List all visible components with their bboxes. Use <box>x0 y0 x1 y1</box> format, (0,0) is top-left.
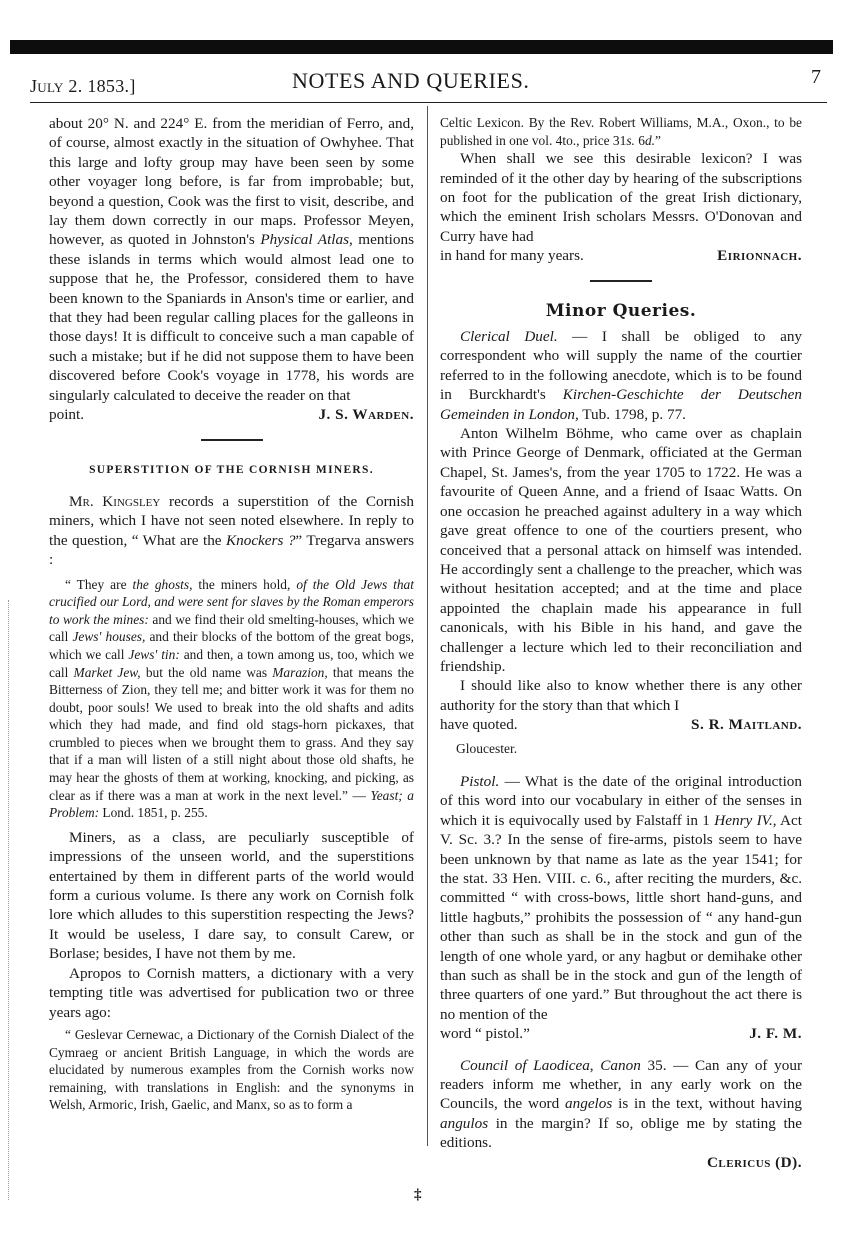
section-rule <box>201 439 263 441</box>
column-divider <box>427 106 428 1146</box>
author-signature: S. R. Maitland. <box>691 715 802 734</box>
article-paragraph: When shall we see this desirable lexicon… <box>440 149 802 246</box>
right-column: Celtic Lexicon. By the Rev. Robert Willi… <box>440 114 802 1172</box>
section-title-minor-queries: Minor Queries. <box>440 302 802 321</box>
author-signature: J. S. Warden. <box>318 405 414 424</box>
article-paragraph: Mr. Kingsley records a superstition of t… <box>49 492 414 570</box>
author-signature: J. F. M. <box>749 1024 802 1043</box>
article-paragraph: Apropos to Cornish matters, a dictionary… <box>49 964 414 1022</box>
page-header: July 2. 1853.] NOTES AND QUERIES. 7 <box>30 64 827 103</box>
query-paragraph: I should like also to know whether there… <box>440 676 802 715</box>
signature-mark: ‡ <box>414 1187 422 1204</box>
header-date: July 2. 1853.] <box>30 76 136 97</box>
query-paragraph: Council of Laodicea, Canon 35. — Can any… <box>440 1056 802 1153</box>
section-rule <box>590 280 652 282</box>
journal-title: NOTES AND QUERIES. <box>292 68 530 94</box>
block-quote-continued: Celtic Lexicon. By the Rev. Robert Willi… <box>440 114 802 149</box>
header-date-rest: 2. 1853.] <box>64 76 136 96</box>
signature-line: have quoted.S. R. Maitland. <box>440 715 802 734</box>
block-quote: “ Geslevar Cernewac, a Dictionary of the… <box>49 1026 414 1114</box>
left-column: about 20° N. and 224° E. from the meridi… <box>49 114 414 1114</box>
header-date-month: July <box>30 76 64 96</box>
signature-line: in hand for many years.Eirionnach. <box>440 246 802 265</box>
place-line: Gloucester. <box>440 739 802 758</box>
signature-line: point.J. S. Warden. <box>49 405 414 424</box>
author-signature: Clericus (D). <box>440 1153 802 1172</box>
article-paragraph: Miners, as a class, are peculiarly susce… <box>49 828 414 964</box>
signature-line: word “ pistol.”J. F. M. <box>440 1024 802 1043</box>
author-signature: Eirionnach. <box>717 246 802 265</box>
top-black-bar <box>10 40 833 54</box>
block-quote: “ They are the ghosts, the miners hold, … <box>49 576 414 822</box>
article-paragraph: about 20° N. and 224° E. from the meridi… <box>49 114 414 405</box>
page-number: 7 <box>811 66 821 89</box>
section-title: SUPERSTITION OF THE CORNISH MINERS. <box>49 461 414 480</box>
query-paragraph: Clerical Duel. — I shall be obliged to a… <box>440 327 802 424</box>
query-paragraph: Anton Wilhelm Böhme, who came over as ch… <box>440 424 802 676</box>
query-paragraph: Pistol. — What is the date of the origin… <box>440 772 802 1024</box>
page-edge-mark <box>8 600 11 1200</box>
